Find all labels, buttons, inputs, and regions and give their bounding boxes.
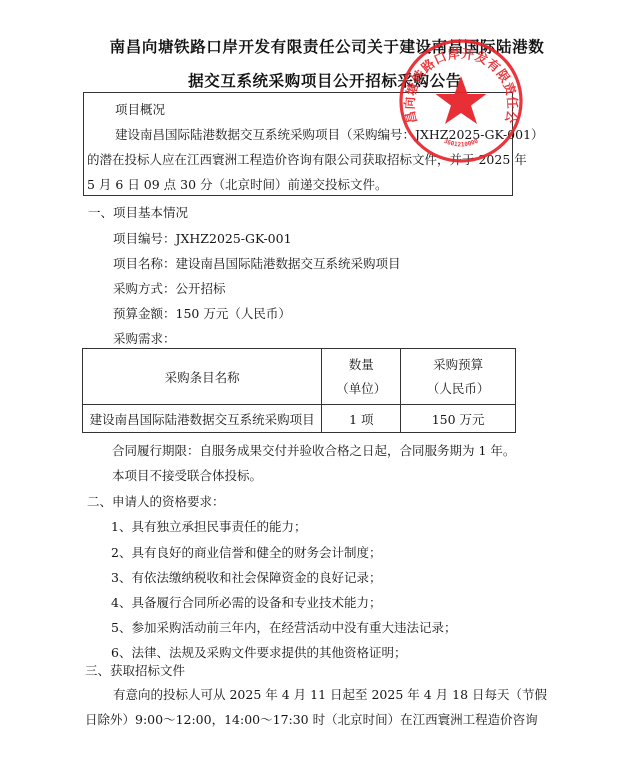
qualification-item-6: 6、法律、法规及采购文件要求提供的其他资格证明； <box>111 645 406 661</box>
requirements-table: 采购条目名称 数量 （单位） 采购预算 （人民币） 建设南昌国际陆港数据交互系统… <box>82 348 516 433</box>
header-quantity: 数量 （单位） <box>322 349 401 405</box>
section-3-line-2: 日除外）9:00～12:00，14:00～17:30 时（北京时间）在江西寰洲工… <box>85 712 538 728</box>
document-title-line-2: 据交互系统采购项目公开招标采购公告 <box>10 69 630 91</box>
section-3-line-1: 有意向的投标人可从 2025 年 4 月 11 日起至 2025 年 4 月 1… <box>113 687 547 703</box>
section-3-heading: 三、获取招标文件 <box>85 663 185 679</box>
cell-quantity: 1 项 <box>322 405 401 433</box>
overview-heading: 项目概况 <box>115 102 165 118</box>
qualification-item-3: 3、有依法缴纳税收和社会保障资金的良好记录； <box>111 570 381 586</box>
document-page: 南昌向塘铁路口岸开发有限责任公司关于建设南昌国际陆港数 据交互系统采购项目公开招… <box>0 0 630 768</box>
project-number: 项目编号：JXHZ2025-GK-001 <box>113 231 292 247</box>
overview-line-3: 5 月 6 日 09 点 30 分（北京时间）前递交投标文件。 <box>87 177 388 193</box>
qualification-item-2: 2、具有良好的商业信誉和健全的财务会计制度； <box>111 545 381 561</box>
contract-period: 合同履行期限：自服务成果交付并验收合格之日起，合同服务期为 1 年。 <box>112 443 515 459</box>
table-header-row: 采购条目名称 数量 （单位） 采购预算 （人民币） <box>83 349 516 405</box>
overview-line-1: 建设南昌国际陆港数据交互系统采购项目（采购编号：JXHZ2025-GK-001） <box>115 127 544 143</box>
requirements-label: 采购需求： <box>113 331 176 347</box>
overview-line-2: 的潜在投标人应在江西寰洲工程造价咨询有限公司获取招标文件，并于 2025 年 <box>87 152 527 168</box>
qualification-item-4: 4、具备履行合同所必需的设备和专业技术能力； <box>111 595 381 611</box>
table-row: 建设南昌国际陆港数据交互系统采购项目 1 项 150 万元 <box>83 405 516 433</box>
qualification-item-1: 1、具有独立承担民事责任的能力； <box>111 519 306 535</box>
no-consortium-note: 本项目不接受联合体投标。 <box>112 468 262 484</box>
section-2-heading: 二、申请人的资格要求： <box>87 494 225 510</box>
procurement-method: 采购方式：公开招标 <box>113 281 226 297</box>
header-item-name: 采购条目名称 <box>83 349 322 405</box>
budget-amount: 预算金额：150 万元（人民币） <box>113 306 291 322</box>
qualification-item-5: 5、参加采购活动前三年内，在经营活动中没有重大违法记录； <box>111 620 456 636</box>
header-budget: 采购预算 （人民币） <box>401 349 516 405</box>
cell-item-name: 建设南昌国际陆港数据交互系统采购项目 <box>83 405 322 433</box>
document-title-line-1: 南昌向塘铁路口岸开发有限责任公司关于建设南昌国际陆港数 <box>12 35 630 57</box>
project-name: 项目名称：建设南昌国际陆港数据交互系统采购项目 <box>113 256 401 272</box>
section-1-heading: 一、项目基本情况 <box>88 205 188 221</box>
cell-budget: 150 万元 <box>401 405 516 433</box>
